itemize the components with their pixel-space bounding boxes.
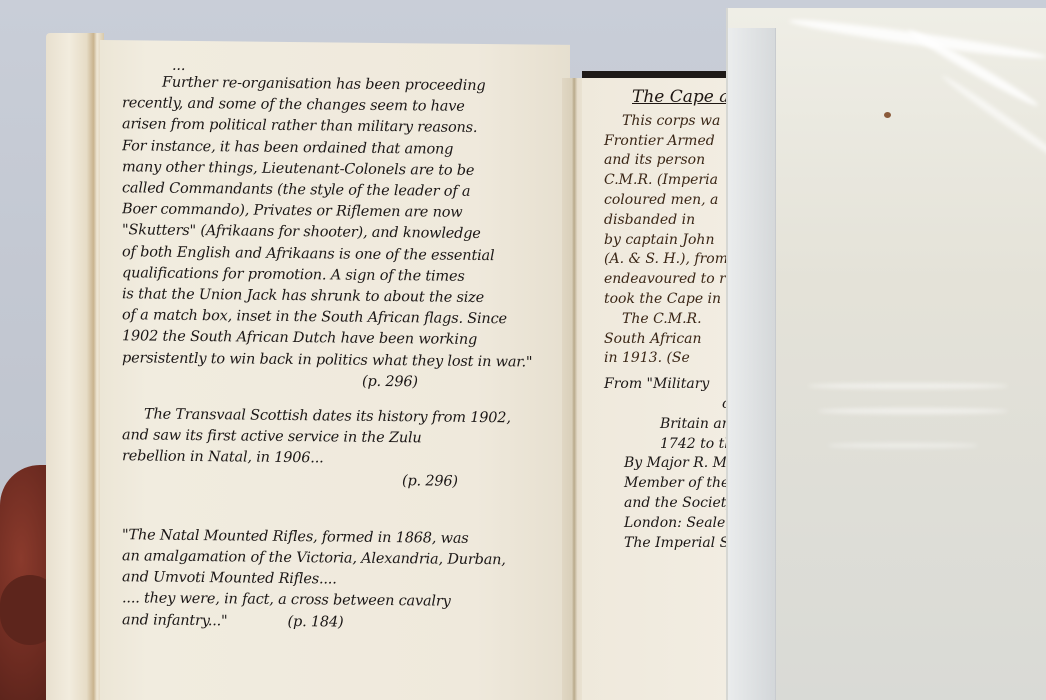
note-text: and infantry..." bbox=[122, 610, 228, 632]
note-line: This corps wa bbox=[604, 112, 726, 132]
note-line: C.M.R. (Imperia bbox=[604, 171, 726, 191]
note-line: rebellion in Natal, in 1906... bbox=[122, 447, 552, 473]
note-line: endeavoured to ra bbox=[604, 270, 726, 290]
note-line: (A. & S. H.), from bbox=[604, 250, 726, 270]
glare bbox=[940, 73, 1046, 171]
note-line: and its person bbox=[604, 151, 726, 171]
page-citation: (p. 184) bbox=[288, 612, 344, 634]
note-line: By Major R. M bbox=[604, 454, 726, 474]
note-line: 1742 to the bbox=[604, 435, 726, 455]
note-line: Britain and bbox=[604, 415, 726, 435]
note-line: London: Seale bbox=[604, 514, 726, 534]
note-line: persistently to win back in politics wha… bbox=[122, 348, 552, 374]
note-line: in 1913. (Se bbox=[604, 349, 726, 369]
note-line: Frontier Armed bbox=[604, 132, 726, 152]
note-line: of bbox=[604, 395, 726, 415]
glare bbox=[828, 443, 978, 448]
note-line: The C.M.R. bbox=[604, 310, 726, 330]
book-gutter bbox=[562, 78, 584, 700]
note-line: South African bbox=[604, 330, 726, 350]
note-line: and the Society bbox=[604, 494, 726, 514]
speck bbox=[884, 112, 891, 118]
left-endpaper: ... Further re-organisation has been pro… bbox=[100, 40, 570, 700]
note-line: disbanded in bbox=[604, 211, 726, 231]
glare bbox=[818, 408, 1008, 414]
note-line: From "Military bbox=[604, 375, 726, 395]
note-title: The Cape a bbox=[604, 88, 726, 108]
note-line: The Imperial Ser bbox=[604, 534, 726, 554]
jacket-fold bbox=[728, 28, 776, 700]
right-endpaper: The Cape a This corps wa Frontier Armed … bbox=[582, 78, 732, 700]
note-line: by captain John bbox=[604, 231, 726, 251]
note-line: took the Cape in bbox=[604, 290, 726, 310]
note-line-with-cite: and infantry..." (p. 184) bbox=[122, 610, 552, 636]
book-cover-edge bbox=[46, 33, 104, 700]
note-line: Member of the bbox=[604, 474, 726, 494]
note-line: coloured men, a bbox=[604, 191, 726, 211]
glare bbox=[808, 383, 1008, 389]
